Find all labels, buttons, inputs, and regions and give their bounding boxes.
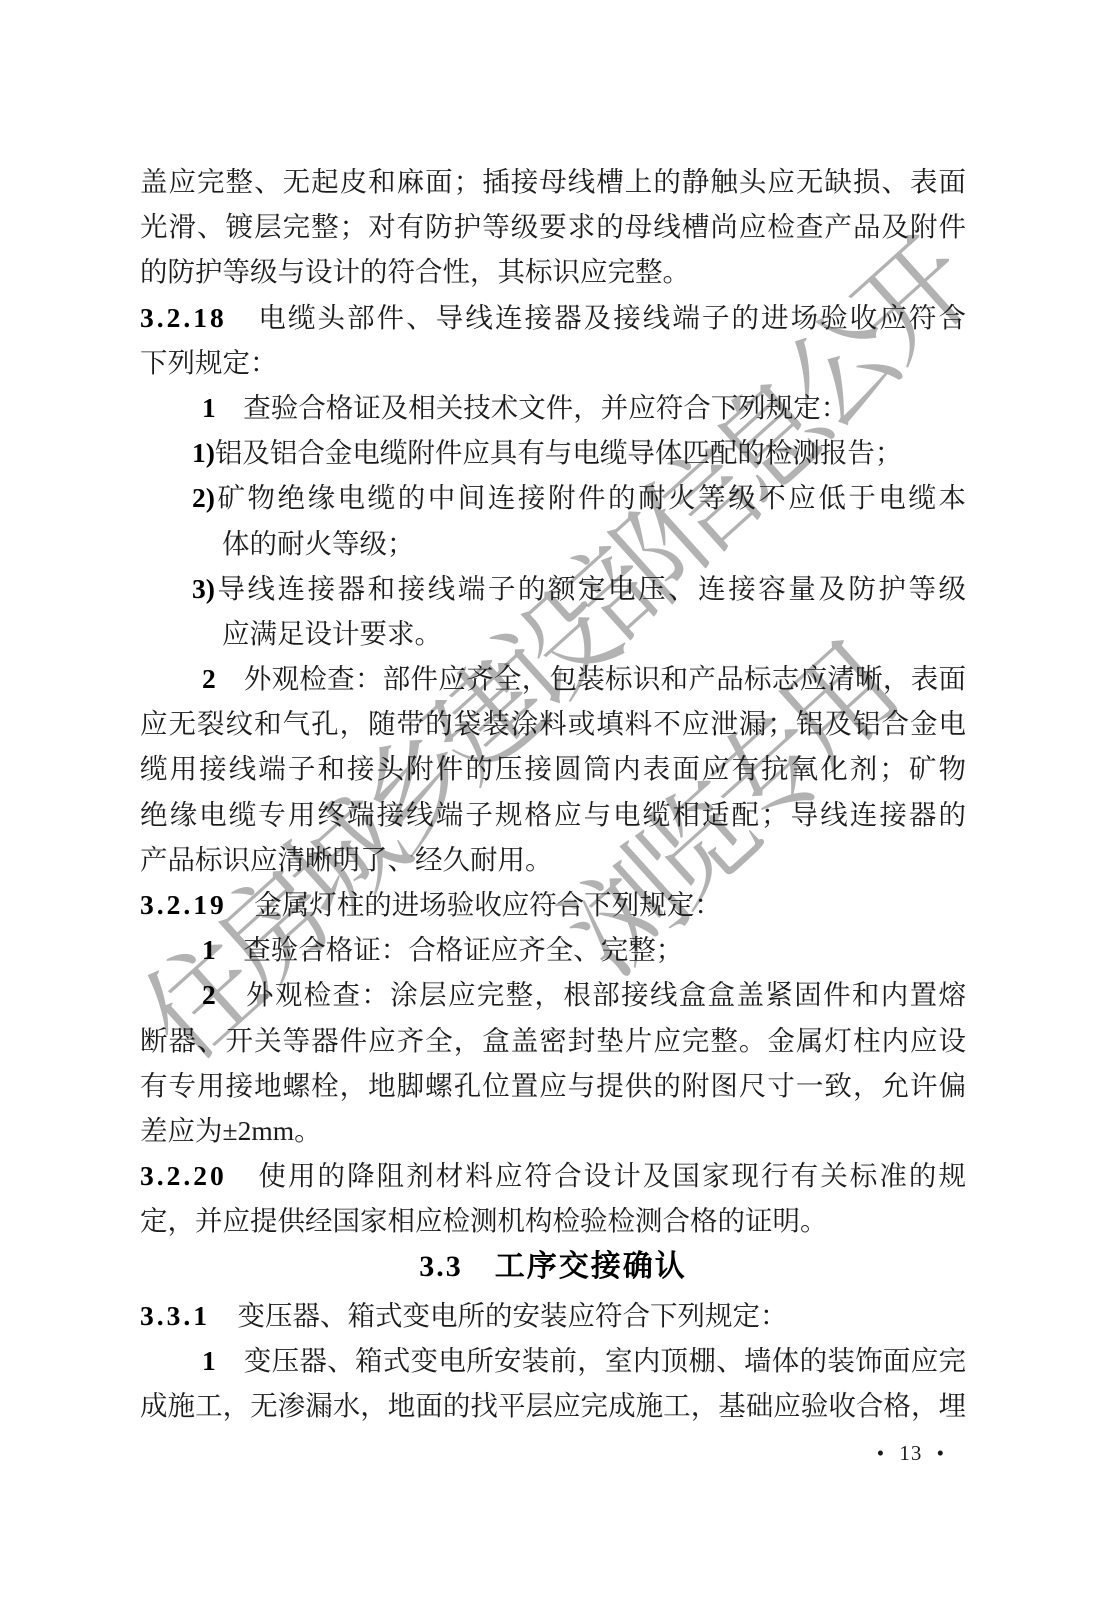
text-run: 断器、开关等器件应齐全，盒盖密封垫片应完整。金属灯柱内应设 <box>140 1025 966 1056</box>
text-run: 2 <box>202 663 216 694</box>
text-run: 2) <box>192 482 215 513</box>
document-line: 有专用接地螺栓，地脚螺孔位置应与提供的附图尺寸一致，允许偏 <box>140 1063 966 1108</box>
text-run: 矿物绝缘电缆的中间连接附件的耐火等级不应低于电缆本 <box>215 482 966 513</box>
document-line: 下列规定： <box>140 340 966 385</box>
text-run: 导线连接器和接线端子的额定电压、连接容量及防护等级 <box>215 573 966 604</box>
document-line: 应满足设计要求。 <box>140 611 966 656</box>
document-line: 1)铝及铝合金电缆附件应具有与电缆导体匹配的检测报告； <box>140 430 966 475</box>
text-run: 的防护等级与设计的符合性，其标识应完整。 <box>140 256 690 287</box>
text-run: 3.3 <box>419 1250 463 1283</box>
document-line: 产品标识应清晰明了、经久耐用。 <box>140 837 966 882</box>
document-line: 绝缘电缆专用终端接线端子规格应与电缆相适配；导线连接器的 <box>140 792 966 837</box>
document-line: 断器、开关等器件应齐全，盒盖密封垫片应完整。金属灯柱内应设 <box>140 1018 966 1063</box>
document-line: 定，并应提供经国家相应检测机构检验检测合格的证明。 <box>140 1198 966 1243</box>
text-run: 盖应完整、无起皮和麻面；插接母线槽上的静触头应无缺损、表面 <box>140 166 966 197</box>
text-run: 1 <box>202 1345 216 1376</box>
document-body: 盖应完整、无起皮和麻面；插接母线槽上的静触头应无缺损、表面光滑、镀层完整；对有防… <box>140 159 966 1428</box>
document-line: 应无裂纹和气孔，随带的袋装涂料或填料不应泄漏；铝及铝合金电 <box>140 701 966 746</box>
document-line: 体的耐火等级； <box>140 521 966 566</box>
text-run: 3.3.1 <box>140 1300 210 1331</box>
text-run: 2 <box>202 979 216 1010</box>
text-run: 1 <box>202 392 216 423</box>
text-run: 查验合格证：合格证应齐全、完整； <box>216 934 684 965</box>
text-run: 差应为±2mm。 <box>140 1115 322 1146</box>
document-line: 光滑、镀层完整；对有防护等级要求的母线槽尚应检查产品及附件 <box>140 204 966 249</box>
text-run: 查验合格证及相关技术文件，并应符合下列规定： <box>216 392 849 423</box>
document-line: 缆用接线端子和接头附件的压接圆筒内表面应有抗氧化剂；矿物 <box>140 746 966 791</box>
text-run: 体的耐火等级； <box>222 528 415 559</box>
text-run: 缆用接线端子和接头附件的压接圆筒内表面应有抗氧化剂；矿物 <box>140 753 966 784</box>
document-line: 的防护等级与设计的符合性，其标识应完整。 <box>140 249 966 294</box>
document-line: 2 外观检查：部件应齐全，包装标识和产品标志应清晰，表面 <box>140 656 966 701</box>
text-run: 外观检查：部件应齐全，包装标识和产品标志应清晰，表面 <box>216 663 966 694</box>
text-run: 3.2.20 <box>140 1160 227 1191</box>
text-run <box>463 1250 495 1283</box>
text-run: 铝及铝合金电缆附件应具有与电缆导体匹配的检测报告； <box>215 437 903 468</box>
text-run: 金属灯柱的进场验收应符合下列规定： <box>227 889 722 920</box>
text-run: 产品标识应清晰明了、经久耐用。 <box>140 844 553 875</box>
text-run: 应满足设计要求。 <box>222 618 442 649</box>
document-line: 2)矿物绝缘电缆的中间连接附件的耐火等级不应低于电缆本 <box>140 475 966 520</box>
document-line: 3.2.19 金属灯柱的进场验收应符合下列规定： <box>140 882 966 927</box>
text-run: 1 <box>202 934 216 965</box>
document-line: 3.2.20 使用的降阻剂材料应符合设计及国家现行有关标准的规 <box>140 1153 966 1198</box>
text-run: 变压器、箱式变电所的安装应符合下列规定： <box>210 1300 788 1331</box>
document-line: 3.2.18 电缆头部件、导线连接器及接线端子的进场验收应符合 <box>140 295 966 340</box>
document-line: 1 查验合格证：合格证应齐全、完整； <box>140 927 966 972</box>
text-run: 变压器、箱式变电所安装前，室内顶棚、墙体的装饰面应完 <box>216 1345 966 1376</box>
text-run: 光滑、镀层完整；对有防护等级要求的母线槽尚应检查产品及附件 <box>140 211 966 242</box>
document-line: 2 外观检查：涂层应完整，根部接线盒盒盖紧固件和内置熔 <box>140 972 966 1017</box>
text-run: 成施工，无渗漏水，地面的找平层应完成施工，基础应验收合格，埋 <box>140 1390 966 1421</box>
page-number: • 13 • <box>877 1441 945 1466</box>
text-run: 有专用接地螺栓，地脚螺孔位置应与提供的附图尺寸一致，允许偏 <box>140 1070 966 1101</box>
document-line: 3)导线连接器和接线端子的额定电压、连接容量及防护等级 <box>140 566 966 611</box>
text-run: 3.2.19 <box>140 889 227 920</box>
text-run: 1) <box>192 437 215 468</box>
document-line: 成施工，无渗漏水，地面的找平层应完成施工，基础应验收合格，埋 <box>140 1383 966 1428</box>
text-run: 绝缘电缆专用终端接线端子规格应与电缆相适配；导线连接器的 <box>140 799 966 830</box>
text-run: 电缆头部件、导线连接器及接线端子的进场验收应符合 <box>227 302 966 333</box>
text-run: 定，并应提供经国家相应检测机构检验检测合格的证明。 <box>140 1205 828 1236</box>
text-run: 应无裂纹和气孔，随带的袋装涂料或填料不应泄漏；铝及铝合金电 <box>140 708 966 739</box>
text-run: 下列规定： <box>140 347 278 378</box>
section-heading: 3.3 工序交接确认 <box>140 1244 966 1289</box>
text-run: 3.2.18 <box>140 302 227 333</box>
text-run: 使用的降阻剂材料应符合设计及国家现行有关标准的规 <box>227 1160 966 1191</box>
text-run: 外观检查：涂层应完整，根部接线盒盒盖紧固件和内置熔 <box>216 979 966 1010</box>
document-line: 1 查验合格证及相关技术文件，并应符合下列规定： <box>140 385 966 430</box>
document-page: 住房城乡建设部信息公开浏览专用 盖应完整、无起皮和麻面；插接母线槽上的静触头应无… <box>0 0 1102 1598</box>
document-line: 差应为±2mm。 <box>140 1108 966 1153</box>
text-run: 3) <box>192 573 215 604</box>
document-line: 3.3.1 变压器、箱式变电所的安装应符合下列规定： <box>140 1293 966 1338</box>
text-run: 工序交接确认 <box>495 1250 687 1283</box>
document-line: 盖应完整、无起皮和麻面；插接母线槽上的静触头应无缺损、表面 <box>140 159 966 204</box>
document-line: 1 变压器、箱式变电所安装前，室内顶棚、墙体的装饰面应完 <box>140 1338 966 1383</box>
